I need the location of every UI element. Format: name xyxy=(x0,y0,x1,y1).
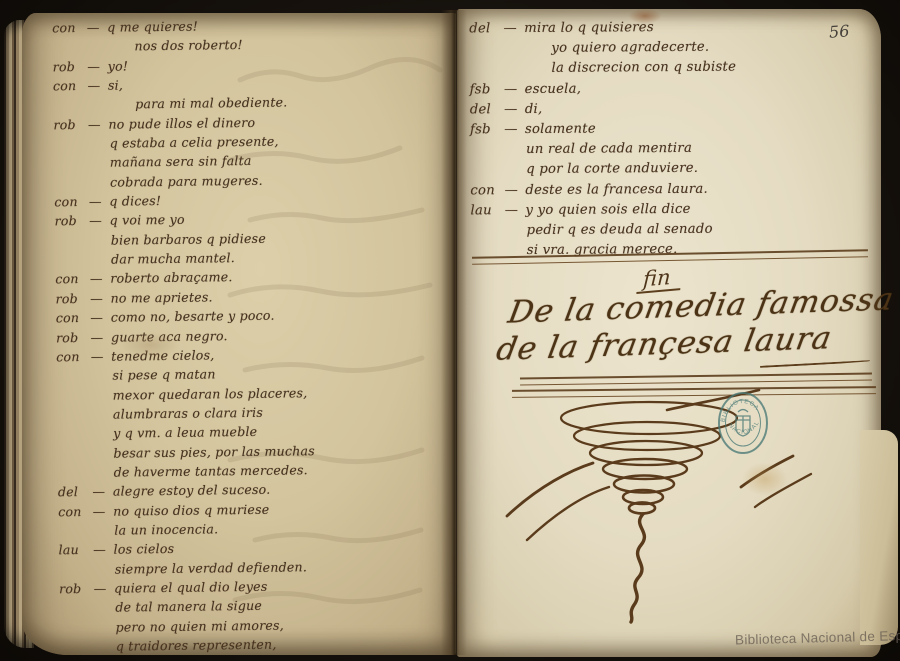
speaker-dash: — xyxy=(497,201,525,221)
verse-text: nos dos roberto! xyxy=(134,37,242,53)
manuscript-line: pedir q es deuda al senado xyxy=(471,219,871,242)
verse-text: yo quiero agradecerte. xyxy=(551,40,709,56)
verse-text: de tal manera la sigue xyxy=(115,598,262,615)
verse-text: y q vm. a leua mueble xyxy=(113,424,257,441)
speaker-abbreviation: rob xyxy=(59,579,86,599)
stamp-legend-bottom: NACIONAL xyxy=(727,420,761,436)
right-page-corner xyxy=(860,430,898,645)
verse-text: la un inocencia. xyxy=(114,521,218,537)
verse-text: mañana sera sin falta xyxy=(110,153,252,170)
verse-text: si, xyxy=(108,78,123,93)
verse-text: no me aprietes. xyxy=(110,289,212,305)
speaker-abbreviation: lau xyxy=(58,540,85,560)
speaker-abbreviation: del xyxy=(469,19,496,39)
verse-text: q por la corte anduviere. xyxy=(526,161,698,177)
verse-text: besar sus pies, por las muchas xyxy=(113,443,315,460)
manuscript-line: del—mira lo q quisieres xyxy=(469,17,869,40)
speaker-dash: — xyxy=(80,76,108,96)
speaker-dash: — xyxy=(83,308,111,328)
manuscript-line: fsb—solamente xyxy=(470,118,870,141)
speaker-dash: — xyxy=(82,269,110,289)
speaker-abbreviation: rob xyxy=(56,327,83,347)
speaker-dash: — xyxy=(80,56,108,76)
verse-text: los cielos xyxy=(114,541,175,557)
verse-text: guarte aca negro. xyxy=(111,328,228,344)
speaker-dash: — xyxy=(497,181,525,201)
speaker-abbreviation: fsb xyxy=(470,120,497,140)
speaker-abbreviation: con xyxy=(56,347,83,367)
speaker-dash: — xyxy=(81,211,109,231)
verse-text: bien barbaros q pidiese xyxy=(111,231,266,248)
verse-text: quiera el qual dio leyes xyxy=(114,579,268,596)
verse-text: yo! xyxy=(108,58,129,73)
speaker-dash: — xyxy=(81,192,109,212)
speaker-abbreviation: con xyxy=(56,308,83,328)
verse-text: escuela, xyxy=(525,81,582,96)
verse-text: alegre estoy del suceso. xyxy=(113,482,271,499)
speaker-abbreviation: rob xyxy=(55,289,82,309)
speaker-dash: — xyxy=(83,346,111,366)
verse-text: q traidores representen, xyxy=(116,637,277,654)
speaker-abbreviation: lau xyxy=(470,201,497,221)
verse-text: de haverme tantas mercedes. xyxy=(114,462,308,479)
left-page-text: con—q me quieres!nos dos roberto!rob—yo!… xyxy=(52,14,440,657)
speaker-abbreviation: del xyxy=(470,100,497,120)
manuscript-line: con—deste es la francesa laura. xyxy=(470,178,870,201)
speaker-dash: — xyxy=(83,327,111,347)
speaker-abbreviation: con xyxy=(54,192,81,212)
manuscript-line: un real de cada mentira xyxy=(470,138,870,161)
verse-text: q me quieres! xyxy=(107,19,198,35)
speaker-abbreviation: con xyxy=(470,181,497,201)
manuscript-line: lau—y yo quien sois ella dice xyxy=(470,198,870,221)
svg-text:NACIONAL: NACIONAL xyxy=(727,420,761,436)
verse-text: pero no quien mi amores, xyxy=(115,617,283,634)
speaker-dash: — xyxy=(80,114,108,134)
speaker-dash: — xyxy=(85,540,113,560)
library-stamp: BIBLIOTECA NACIONAL xyxy=(716,390,770,456)
manuscript-line: del—di, xyxy=(470,97,870,120)
speaker-dash: — xyxy=(86,579,114,599)
verse-text: y yo quien sois ella dice xyxy=(525,202,690,218)
manuscript-line: la discrecion con q subiste xyxy=(469,57,869,80)
verse-text: q voi me yo xyxy=(109,212,184,228)
speaker-abbreviation: con xyxy=(52,18,79,38)
speaker-abbreviation: rob xyxy=(53,115,80,135)
speaker-dash: — xyxy=(82,288,110,308)
manuscript-line: q por la corte anduviere. xyxy=(470,158,870,181)
verse-text: como no, besarte y poco. xyxy=(111,308,275,325)
spiral-flourish xyxy=(497,388,827,623)
verse-text: cobrada para mugeres. xyxy=(110,173,263,190)
manuscript-line: yo quiero agradecerte. xyxy=(469,37,869,60)
speaker-dash: — xyxy=(497,120,525,140)
verse-text: tenedme cielos, xyxy=(111,347,214,363)
verse-text: solamente xyxy=(525,122,596,137)
speaker-abbreviation: rob xyxy=(54,211,81,231)
speaker-abbreviation: del xyxy=(58,482,85,502)
speaker-abbreviation: con xyxy=(58,502,85,522)
verse-text: roberto abraçame. xyxy=(110,270,232,286)
manuscript-line: fsb—escuela, xyxy=(470,77,870,100)
right-page-text: del—mira lo q quisieresyo quiero agradec… xyxy=(469,17,871,262)
verse-text: di, xyxy=(525,102,543,117)
speaker-abbreviation: con xyxy=(55,269,82,289)
verse-text: no quiso dios q muriese xyxy=(113,501,269,518)
speaker-dash: — xyxy=(85,482,113,502)
page-number: 56 xyxy=(828,21,850,41)
speaker-dash: — xyxy=(496,19,524,39)
manuscript-photo: con—q me quieres!nos dos roberto!rob—yo!… xyxy=(0,0,900,661)
verse-text: si pese q matan xyxy=(112,367,215,383)
verse-text: q dices! xyxy=(109,193,161,209)
verse-text: un real de cada mentira xyxy=(526,141,692,157)
verse-text: para mi mal obediente. xyxy=(135,95,287,112)
verse-text: mexor quedaran los placeres, xyxy=(113,385,308,402)
speaker-dash: — xyxy=(497,100,525,120)
speaker-abbreviation: con xyxy=(53,76,80,96)
verse-text: mira lo q quisieres xyxy=(524,20,654,36)
verse-text: q estaba a celia presente, xyxy=(110,134,279,151)
speaker-abbreviation: fsb xyxy=(470,80,497,100)
verse-text: no pude illos el dinero xyxy=(108,115,255,132)
speaker-dash: — xyxy=(85,501,113,521)
verse-text: alumbraras o clara iris xyxy=(113,405,263,422)
verse-text: la discrecion con q subiste xyxy=(551,60,736,76)
speaker-dash: — xyxy=(497,80,525,100)
verse-text: pedir q es deuda al senado xyxy=(527,222,713,238)
speaker-dash: — xyxy=(79,18,107,38)
verse-text: deste es la francesa laura. xyxy=(525,181,708,197)
verse-text: dar mucha mantel. xyxy=(111,250,235,267)
verse-text: siempre la verdad defienden. xyxy=(115,559,307,576)
speaker-abbreviation: rob xyxy=(53,57,80,77)
